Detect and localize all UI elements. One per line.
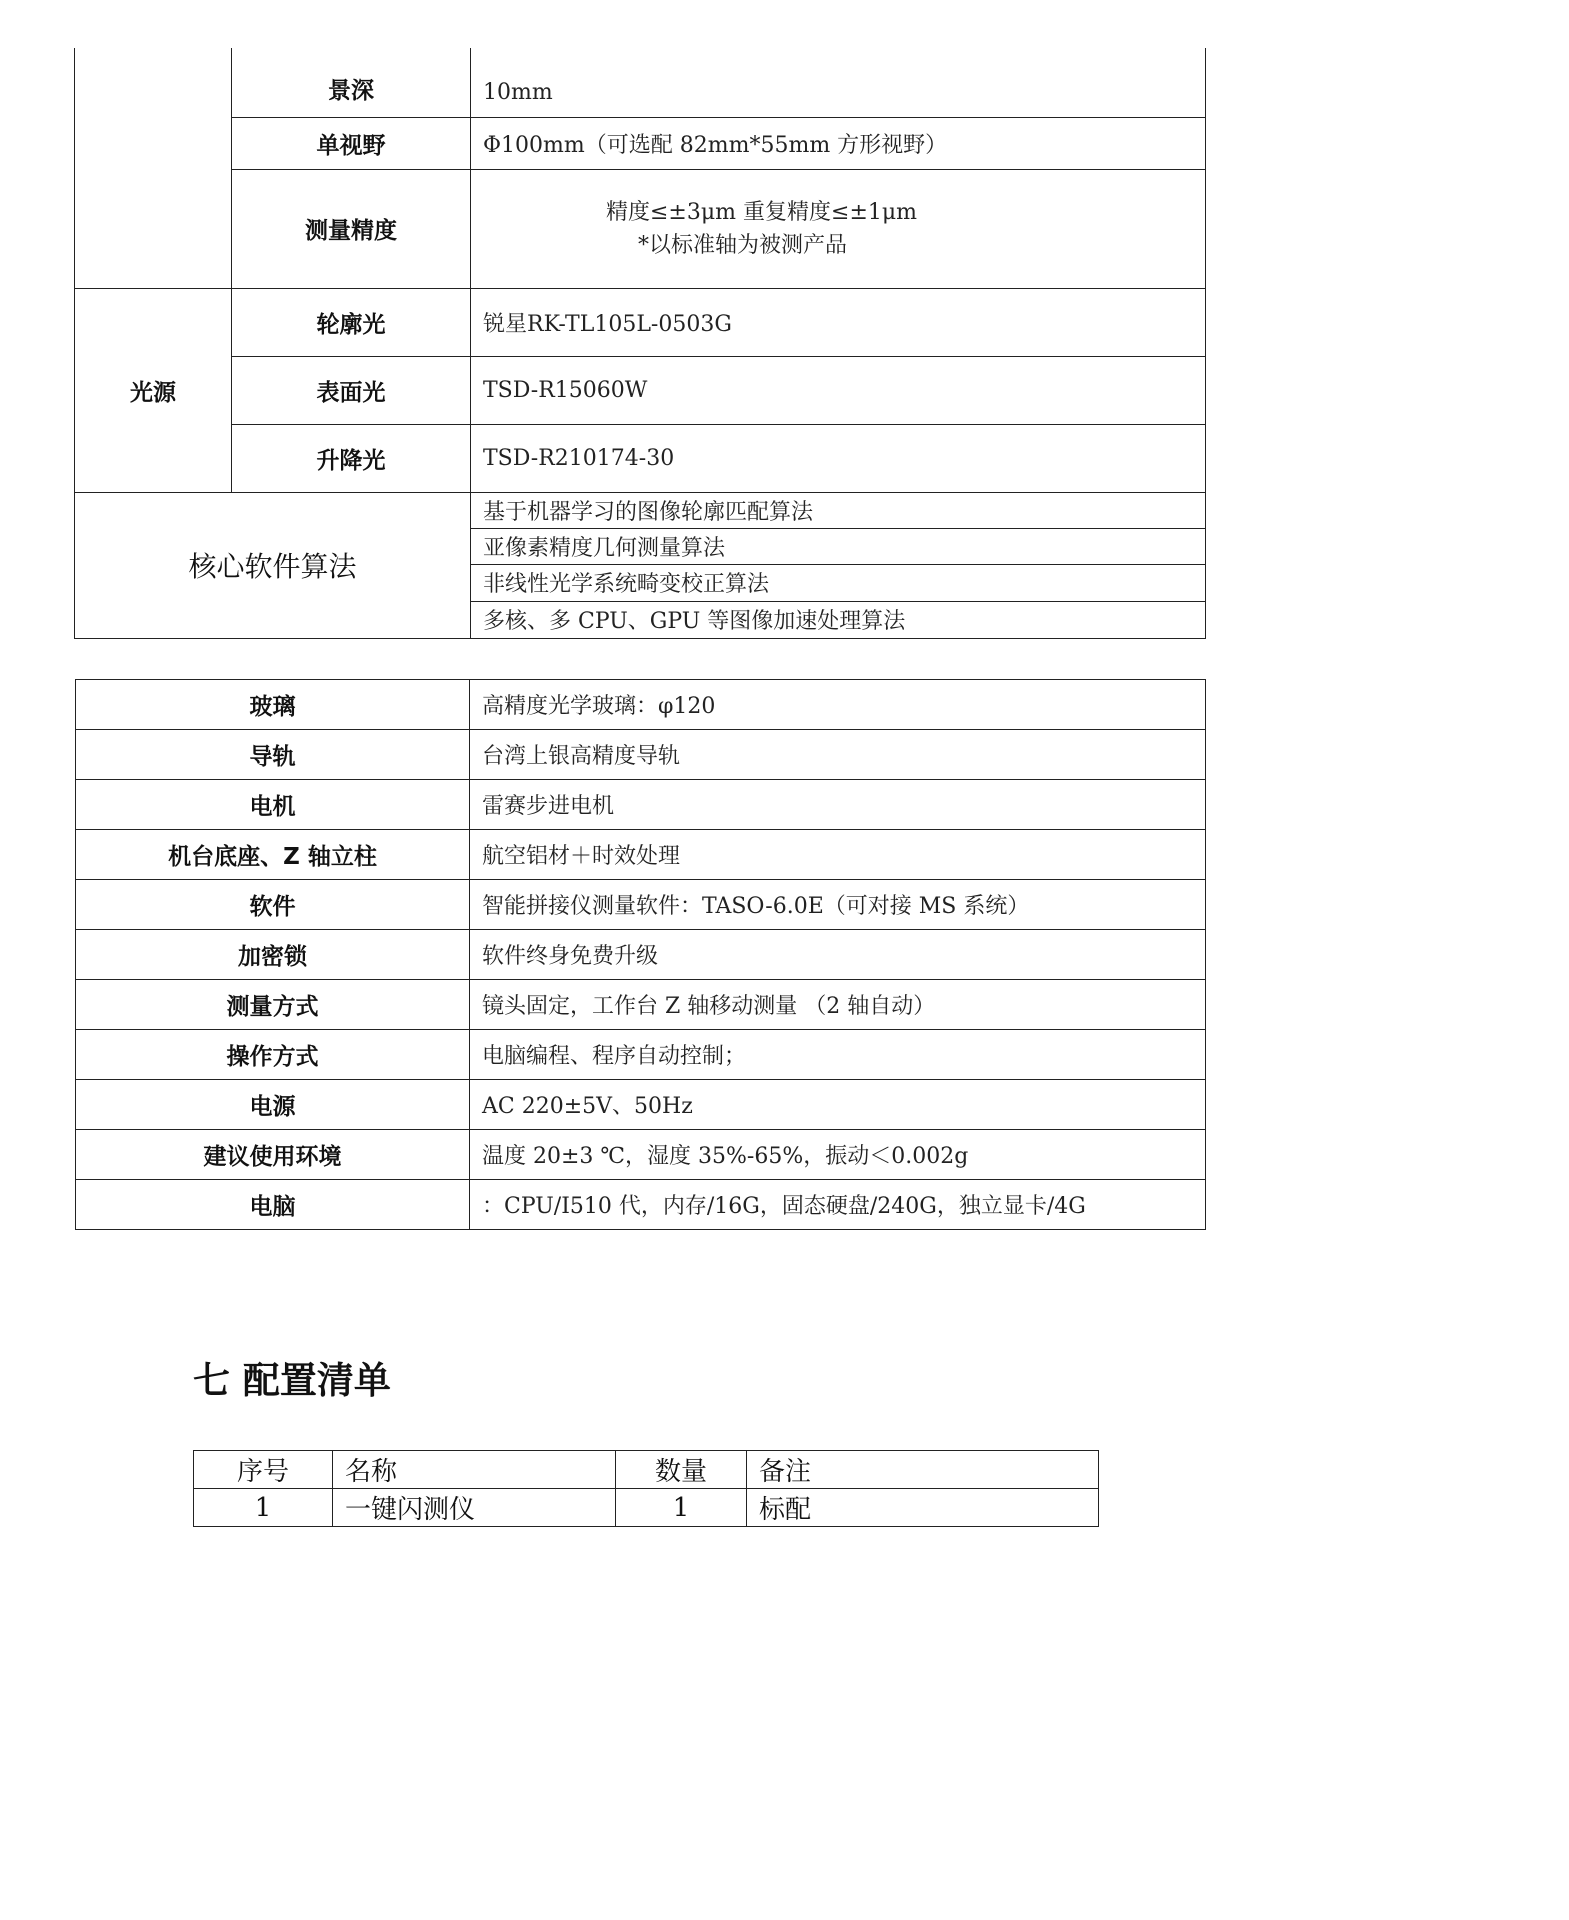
spec-value: 软件终身免费升级 <box>470 930 1206 980</box>
table-row: 测量精度 精度≤±3μm 重复精度≤±1μm *以标准轴为被测产品 <box>75 169 1206 288</box>
spec-value: AC 220±5V、50Hz <box>470 1080 1206 1130</box>
spec-label: 加密锁 <box>76 930 470 980</box>
table-row: 光源 轮廓光 锐星RK-TL105L-0503G <box>75 288 1206 356</box>
spec-value: TSD-R15060W <box>471 356 1206 424</box>
section-title: 七 配置清单 <box>193 1350 391 1404</box>
spec-value: 高精度光学玻璃：φ120 <box>470 680 1206 730</box>
spec-table-bottom: 玻璃高精度光学玻璃：φ120 导轨台湾上银高精度导轨 电机雷赛步进电机 机台底座… <box>75 679 1206 1230</box>
spec-value: 智能拼接仪测量软件：TASO-6.0E（可对接 MS 系统） <box>470 880 1206 930</box>
spec-value: 电脑编程、程序自动控制； <box>470 1030 1206 1080</box>
spec-label: 轮廓光 <box>232 288 471 356</box>
spec-table-top: 景深 10mm 单视野 Φ100mm（可选配 82mm*55mm 方形视野） 测… <box>74 48 1206 639</box>
spec-label: 测量精度 <box>232 169 471 288</box>
table-row: 电源AC 220±5V、50Hz <box>76 1080 1206 1130</box>
table-row: 加密锁软件终身免费升级 <box>76 930 1206 980</box>
cell-index: 1 <box>194 1489 333 1527</box>
spec-label: 电脑 <box>76 1180 470 1230</box>
spec-label: 单视野 <box>232 117 471 169</box>
table-row: 建议使用环境温度 20±3 ℃，湿度 35%-65%，振动＜0.002g <box>76 1130 1206 1180</box>
spec-label: 玻璃 <box>76 680 470 730</box>
config-list-table: 序号 名称 数量 备注 1 一键闪测仪 1 标配 <box>193 1450 1099 1527</box>
table-row: 导轨台湾上银高精度导轨 <box>76 730 1206 780</box>
spec-label: 测量方式 <box>76 980 470 1030</box>
cell-remark: 标配 <box>747 1489 1099 1527</box>
table-row: 测量方式镜头固定，工作台 Z 轴移动测量 （2 轴自动） <box>76 980 1206 1030</box>
table-row: 软件智能拼接仪测量软件：TASO-6.0E（可对接 MS 系统） <box>76 880 1206 930</box>
table-header-row: 序号 名称 数量 备注 <box>194 1451 1099 1489</box>
algorithm-item: 基于机器学习的图像轮廓匹配算法 <box>471 492 1206 528</box>
spec-value: 台湾上银高精度导轨 <box>470 730 1206 780</box>
group-cell-light-source: 光源 <box>75 288 232 492</box>
accuracy-line: 精度≤±3μm 重复精度≤±1μm <box>606 196 1193 229</box>
accuracy-note: *以标准轴为被测产品 <box>606 229 1193 262</box>
spec-value-accuracy: 精度≤±3μm 重复精度≤±1μm *以标准轴为被测产品 <box>471 169 1206 288</box>
column-header-index: 序号 <box>194 1451 333 1489</box>
spec-value: 温度 20±3 ℃，湿度 35%-65%，振动＜0.002g <box>470 1130 1206 1180</box>
spec-value: Φ100mm（可选配 82mm*55mm 方形视野） <box>471 117 1206 169</box>
spec-label: 表面光 <box>232 356 471 424</box>
spec-label: 机台底座、Z 轴立柱 <box>76 830 470 880</box>
spec-label: 电机 <box>76 780 470 830</box>
table-row: 操作方式电脑编程、程序自动控制； <box>76 1030 1206 1080</box>
table-row: 核心软件算法 基于机器学习的图像轮廓匹配算法 <box>75 492 1206 528</box>
cell-quantity: 1 <box>616 1489 747 1527</box>
spec-label: 升降光 <box>232 424 471 492</box>
group-cell-core-algorithms: 核心软件算法 <box>75 492 471 638</box>
spec-value: 镜头固定，工作台 Z 轴移动测量 （2 轴自动） <box>470 980 1206 1030</box>
column-header-quantity: 数量 <box>616 1451 747 1489</box>
table-row: 升降光 TSD-R210174-30 <box>75 424 1206 492</box>
table-row: 1 一键闪测仪 1 标配 <box>194 1489 1099 1527</box>
spec-value: 航空铝材＋时效处理 <box>470 830 1206 880</box>
table-row: 玻璃高精度光学玻璃：φ120 <box>76 680 1206 730</box>
algorithm-item: 非线性光学系统畸变校正算法 <box>471 564 1206 601</box>
table-row: 机台底座、Z 轴立柱航空铝材＋时效处理 <box>76 830 1206 880</box>
spec-value: 锐星RK-TL105L-0503G <box>471 288 1206 356</box>
spec-value: ：CPU/I510 代，内存/16G，固态硬盘/240G，独立显卡/4G <box>470 1180 1206 1230</box>
algorithm-item: 亚像素精度几何测量算法 <box>471 528 1206 564</box>
column-header-name: 名称 <box>333 1451 616 1489</box>
table-row: 电机雷赛步进电机 <box>76 780 1206 830</box>
spec-value: 10mm <box>471 48 1206 117</box>
algorithm-item: 多核、多 CPU、GPU 等图像加速处理算法 <box>471 601 1206 638</box>
spec-label: 操作方式 <box>76 1030 470 1080</box>
spec-value: TSD-R210174-30 <box>471 424 1206 492</box>
table-row: 单视野 Φ100mm（可选配 82mm*55mm 方形视野） <box>75 117 1206 169</box>
table-row: 表面光 TSD-R15060W <box>75 356 1206 424</box>
spec-label: 软件 <box>76 880 470 930</box>
spec-label: 建议使用环境 <box>76 1130 470 1180</box>
table-row: 景深 10mm <box>75 48 1206 117</box>
spec-label: 导轨 <box>76 730 470 780</box>
group-cell-empty <box>75 48 232 288</box>
spec-label: 景深 <box>232 48 471 117</box>
cell-name: 一键闪测仪 <box>333 1489 616 1527</box>
table-row: 电脑：CPU/I510 代，内存/16G，固态硬盘/240G，独立显卡/4G <box>76 1180 1206 1230</box>
spec-label: 电源 <box>76 1080 470 1130</box>
column-header-remark: 备注 <box>747 1451 1099 1489</box>
spec-value: 雷赛步进电机 <box>470 780 1206 830</box>
